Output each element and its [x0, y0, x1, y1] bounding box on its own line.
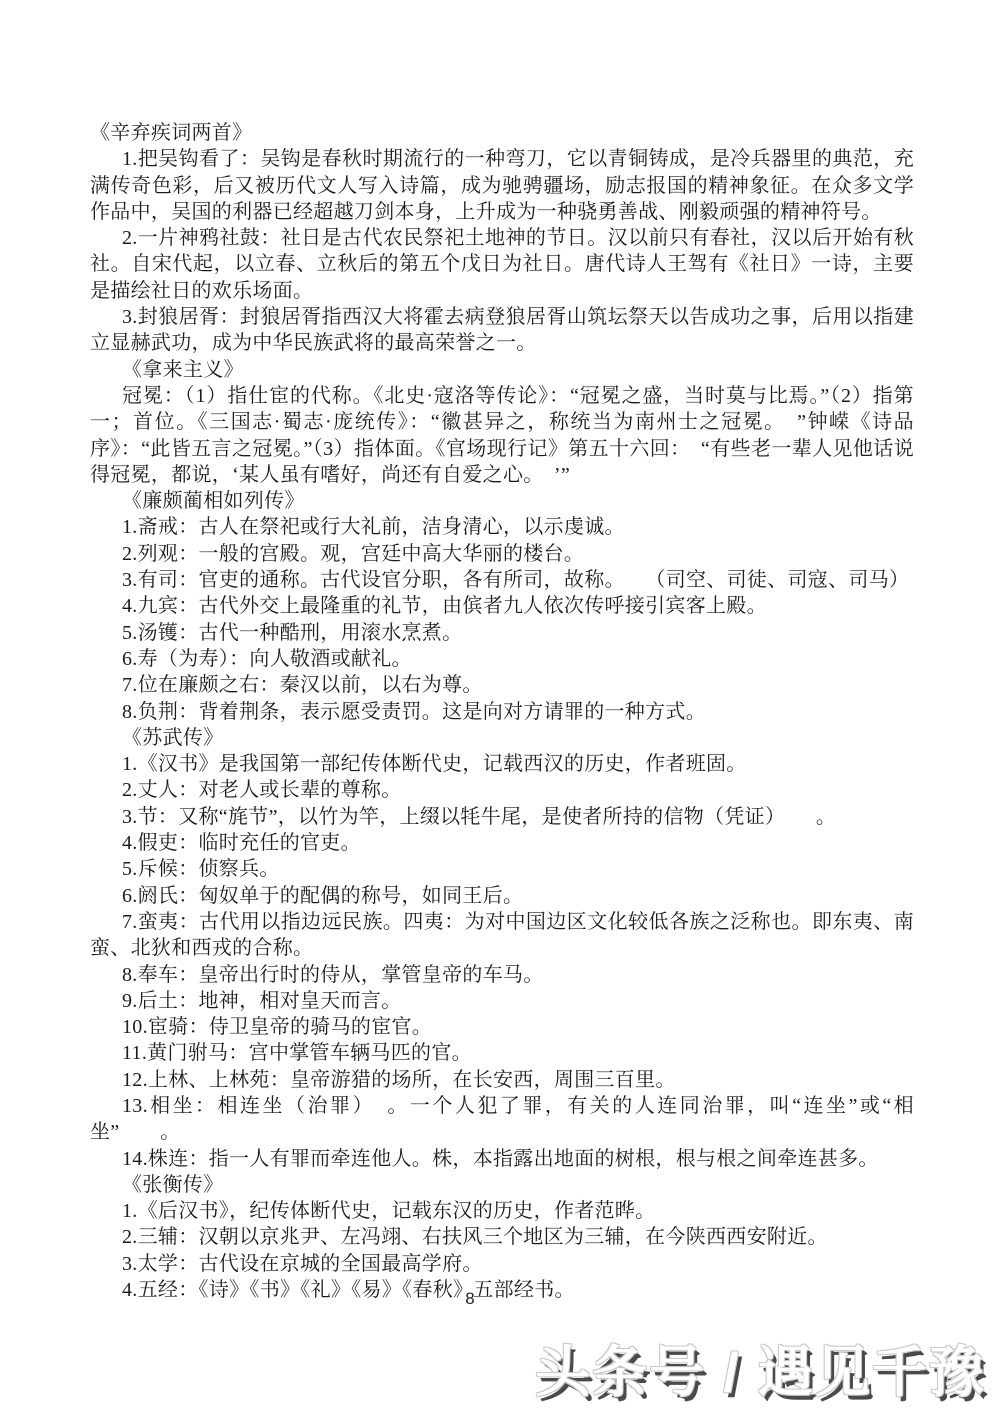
document-page: 《辛弃疾词两首》1.把吴钩看了：吴钩是春秋时期流行的一种弯刀，它以青铜铸成，是冷…: [0, 0, 1000, 1415]
paragraph: 6.阏氏：匈奴单于的配偶的称号，如同王后。: [90, 883, 914, 909]
paragraph: 7.蛮夷：古代用以指边远民族。四夷：为对中国边区文化较低各族之泛称也。即东夷、南…: [90, 909, 914, 962]
section-title: 《拿来主义》: [90, 357, 914, 383]
paragraph: 4.假吏：临时充任的官吏。: [90, 830, 914, 856]
paragraph: 5.斥候：侦察兵。: [90, 856, 914, 882]
paragraph: 6.寿（为寿）：向人敬酒或献礼。: [90, 646, 914, 672]
paragraph: 2.列观：一般的宫殿。观，宫廷中高大华丽的楼台。: [90, 541, 914, 567]
section-title: 《辛弃疾词两首》: [90, 120, 914, 146]
paragraph: 10.宦骑：侍卫皇帝的骑马的宦官。: [90, 1014, 914, 1040]
paragraph: 2.三辅：汉朝以京兆尹、左冯翊、右扶风三个地区为三辅，在今陕西西安附近。: [90, 1224, 914, 1250]
paragraph: 1.《汉书》是我国第一部纪传体断代史，记载西汉的历史，作者班固。: [90, 751, 914, 777]
paragraph: 3.太学：古代设在京城的全国最高学府。: [90, 1251, 914, 1277]
paragraph: 4.九宾：古代外交上最隆重的礼节，由傧者九人依次传呼接引宾客上殿。: [90, 593, 914, 619]
paragraph: 13.相坐：相连坐（治罪） 。一个人犯了罪，有关的人连同治罪，叫“连坐”或“相坐…: [90, 1093, 914, 1146]
section-title: 《张衡传》: [90, 1172, 914, 1198]
paragraph: 7.位在廉颇之右：秦汉以前，以右为尊。: [90, 672, 914, 698]
paragraph: 3.封狼居胥：封狼居胥指西汉大将霍去病登狼居胥山筑坛祭天以告成功之事，后用以指建…: [90, 304, 914, 357]
paragraph: 8.奉车：皇帝出行时的侍从，掌管皇帝的车马。: [90, 962, 914, 988]
paragraph: 1.把吴钩看了：吴钩是春秋时期流行的一种弯刀，它以青铜铸成，是冷兵器里的典范，充…: [90, 146, 914, 225]
watermark: 头条号 / 遇见千豫: [535, 1328, 986, 1407]
paragraph: 2.一片神鸦社鼓：社日是古代农民祭祀土地神的节日。汉以前只有春社，汉以后开始有秋…: [90, 225, 914, 304]
paragraph: 9.后土：地神，相对皇天而言。: [90, 988, 914, 1014]
paragraph: 3.节：又称“旄节”，以竹为竿，上缀以牦牛尾，是使者所持的信物（凭证） 。: [90, 804, 914, 830]
section-title: 《廉颇蔺相如列传》: [90, 488, 914, 514]
paragraph: 11.黄门驸马：宫中掌管车辆马匹的官。: [90, 1040, 914, 1066]
paragraph: 1.斋戒：古人在祭祀或行大礼前，洁身清心，以示虔诚。: [90, 514, 914, 540]
document-body: 《辛弃疾词两首》1.把吴钩看了：吴钩是春秋时期流行的一种弯刀，它以青铜铸成，是冷…: [90, 120, 914, 1303]
page-number: 8: [30, 1289, 910, 1309]
paragraph: 冠冕：（1）指仕宦的代称。《北史·寇洛等传论》：“冠冕之盛，当时莫与比焉。”（2…: [90, 383, 914, 488]
paragraph: 3.有司：官吏的通称。古代设官分职，各有所司，故称。 （司空、司徒、司寇、司马）: [90, 567, 914, 593]
paragraph: 14.株连：指一人有罪而牵连他人。株，本指露出地面的树根，根与根之间牵连甚多。: [90, 1146, 914, 1172]
paragraph: 1.《后汉书》，纪传体断代史，记载东汉的历史，作者范晔。: [90, 1198, 914, 1224]
paragraph: 2.丈人：对老人或长辈的尊称。: [90, 777, 914, 803]
paragraph: 12.上林、上林苑：皇帝游猎的场所，在长安西，周围三百里。: [90, 1067, 914, 1093]
paragraph: 8.负荆：背着荆条，表示愿受责罚。这是向对方请罪的一种方式。: [90, 699, 914, 725]
paragraph: 5.汤镬：古代一种酷刑，用滚水烹煮。: [90, 620, 914, 646]
section-title: 《苏武传》: [90, 725, 914, 751]
